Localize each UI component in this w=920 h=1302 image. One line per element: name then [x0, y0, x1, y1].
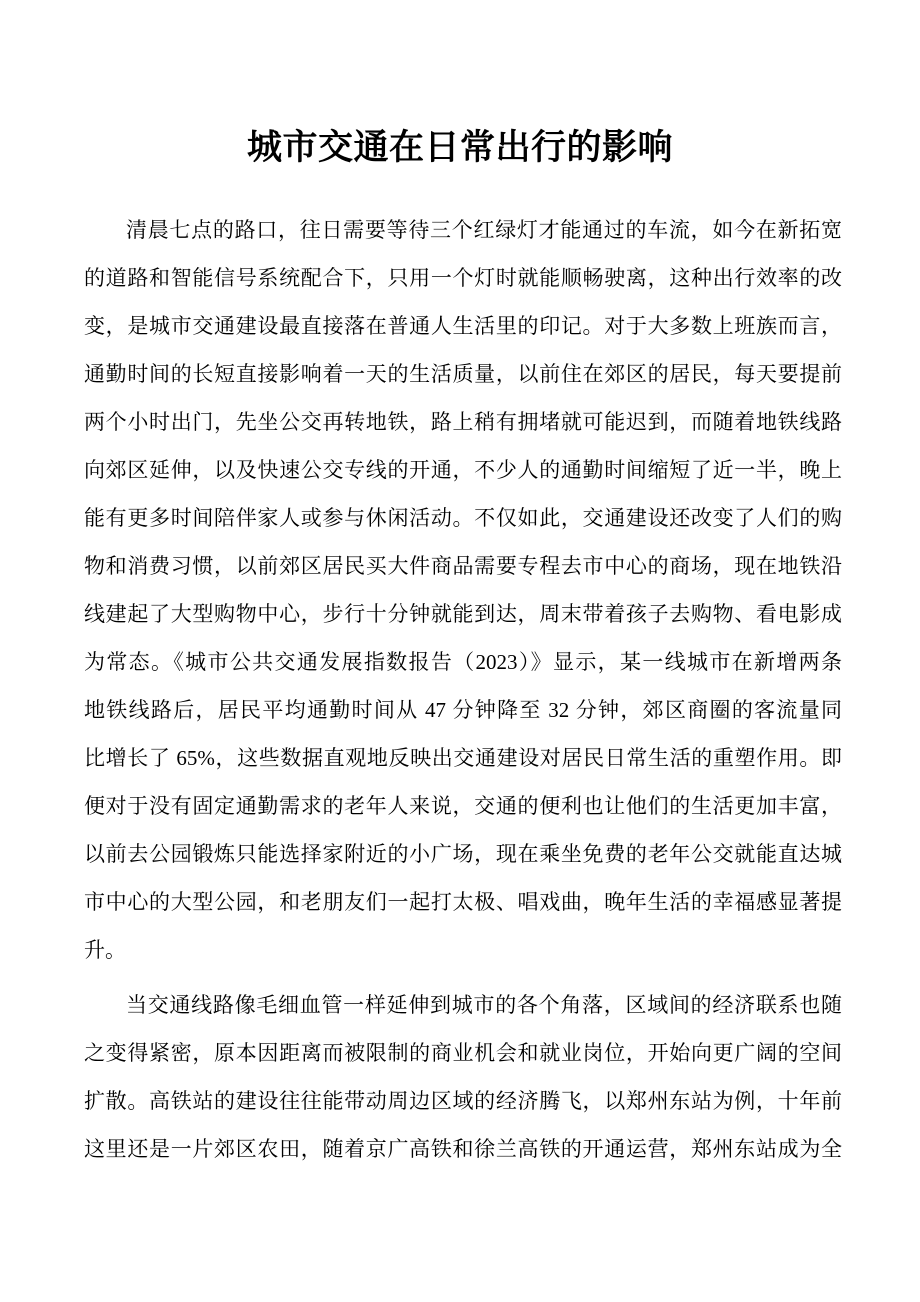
document-page: 城市交通在日常出行的影响 清晨七点的路口，往日需要等待三个红绿灯才能通过的车流，…: [0, 0, 920, 1302]
text-line: 升。: [84, 926, 842, 974]
text-line: 为常态。《城市公共交通发展指数报告（2023）》显示，某一线城市在新增两条: [84, 638, 842, 686]
document-title: 城市交通在日常出行的影响: [0, 124, 920, 172]
text-line: 两个小时出门，先坐公交再转地铁，路上稍有拥堵就可能迟到，而随着地铁线路: [84, 398, 842, 446]
text-line: 向郊区延伸，以及快速公交专线的开通，不少人的通勤时间缩短了近一半，晚上: [84, 446, 842, 494]
text-line: 线建起了大型购物中心，步行十分钟就能到达，周末带着孩子去购物、看电影成: [84, 590, 842, 638]
text-line: 物和消费习惯，以前郊区居民买大件商品需要专程去市中心的商场，现在地铁沿: [84, 542, 842, 590]
text-line: 的道路和智能信号系统配合下，只用一个灯时就能顺畅驶离，这种出行效率的改: [84, 254, 842, 302]
text-line: 地铁线路后，居民平均通勤时间从 47 分钟降至 32 分钟，郊区商圈的客流量同: [84, 686, 842, 734]
document-body: 清晨七点的路口，往日需要等待三个红绿灯才能通过的车流，如今在新拓宽的道路和智能信…: [84, 206, 842, 1173]
text-line: 清晨七点的路口，往日需要等待三个红绿灯才能通过的车流，如今在新拓宽: [84, 206, 842, 254]
text-line: 通勤时间的长短直接影响着一天的生活质量，以前住在郊区的居民，每天要提前: [84, 350, 842, 398]
text-line: 便对于没有固定通勤需求的老年人来说，交通的便利也让他们的生活更加丰富，: [84, 782, 842, 830]
text-line: 比增长了 65%，这些数据直观地反映出交通建设对居民日常生活的重塑作用。即: [84, 734, 842, 782]
paragraph: 清晨七点的路口，往日需要等待三个红绿灯才能通过的车流，如今在新拓宽的道路和智能信…: [84, 206, 842, 974]
text-line: 以前去公园锻炼只能选择家附近的小广场，现在乘坐免费的老年公交就能直达城: [84, 830, 842, 878]
text-line: 变，是城市交通建设最直接落在普通人生活里的印记。对于大多数上班族而言，: [84, 302, 842, 350]
text-line: 当交通线路像毛细血管一样延伸到城市的各个角落，区域间的经济联系也随: [84, 981, 842, 1029]
text-line: 扩散。高铁站的建设往往能带动周边区域的经济腾飞，以郑州东站为例，十年前: [84, 1077, 842, 1125]
text-line: 市中心的大型公园，和老朋友们一起打太极、唱戏曲，晚年生活的幸福感显著提: [84, 878, 842, 926]
paragraph: 当交通线路像毛细血管一样延伸到城市的各个角落，区域间的经济联系也随之变得紧密，原…: [84, 981, 842, 1173]
text-line: 能有更多时间陪伴家人或参与休闲活动。不仅如此，交通建设还改变了人们的购: [84, 494, 842, 542]
text-line: 这里还是一片郊区农田，随着京广高铁和徐兰高铁的开通运营，郑州东站成为全: [84, 1125, 842, 1173]
text-line: 之变得紧密，原本因距离而被限制的商业机会和就业岗位，开始向更广阔的空间: [84, 1029, 842, 1077]
